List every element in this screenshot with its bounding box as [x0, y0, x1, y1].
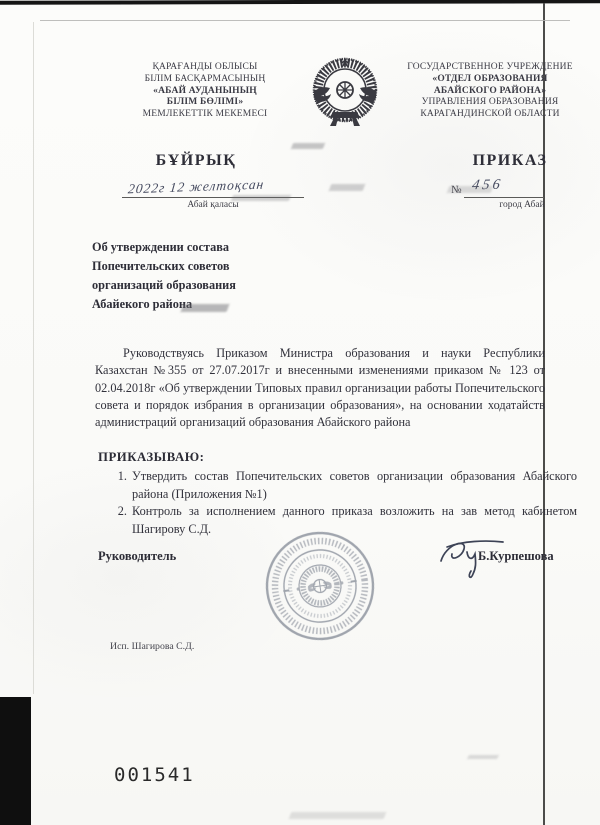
org-ru-line: ГОСУДАРСТВЕННОЕ УЧРЕЖДЕНИЕ — [388, 62, 592, 74]
kazakhstan-emblem-icon — [304, 50, 386, 132]
org-name-russian: ГОСУДАРСТВЕННОЕ УЧРЕЖДЕНИЕ «ОТДЕЛ ОБРАЗО… — [388, 62, 592, 121]
scan-edge-bottom-left — [0, 697, 31, 825]
subject-line: Об утверждении состава — [92, 238, 282, 257]
org-kk-line: ҚАРАҒАНДЫ ОБЛЫСЫ — [100, 62, 310, 74]
org-kk-line: БІЛІМ БӨЛІМІ» — [100, 97, 310, 109]
scan-artifact — [291, 143, 325, 149]
org-kk-line: БІЛІМ БАСҚАРМАСЫНЫҢ — [100, 74, 310, 86]
scanned-order-document: ҚАРАҒАНДЫ ОБЛЫСЫ БІЛІМ БАСҚАРМАСЫНЫҢ «АБ… — [0, 0, 600, 825]
order-heading-kazakh: БҰЙРЫҚ — [138, 152, 254, 170]
scan-artifact — [467, 755, 498, 759]
scan-artifact — [329, 184, 366, 191]
document-serial-number: 001541 — [114, 764, 195, 786]
org-ru-line: АБАЙСКОГО РАЙОНА» — [388, 86, 592, 98]
org-kk-line: «АБАЙ АУДАНЫНЫҢ — [100, 86, 310, 98]
executor-note: Исп. Шагирова С.Д. — [110, 641, 194, 652]
order-heading-russian: ПРИКАЗ — [462, 152, 558, 170]
org-ru-line: КАРАГАНДИНСКОЙ ОБЛАСТИ — [388, 109, 592, 121]
org-ru-line: УПРАВЛЕНИЯ ОБРАЗОВАНИЯ — [388, 97, 592, 109]
scan-artifact — [181, 304, 230, 312]
org-ru-line: «ОТДЕЛ ОБРАЗОВАНИЯ — [388, 74, 592, 86]
page-fold-line — [33, 22, 34, 694]
place-name-russian: город Абай — [492, 200, 552, 210]
order-item: Утвердить состав Попечительских советов … — [130, 468, 577, 503]
signatory-name: Б.Курпешова — [478, 549, 554, 564]
scan-edge-top — [0, 0, 600, 5]
signatory-position: Руководитель — [98, 549, 176, 564]
order-subject-title: Об утверждении состава Попечительских со… — [92, 238, 282, 314]
subject-line: Попечительских советов — [92, 257, 282, 276]
order-body-paragraph: Руководствуясь Приказом Министра образов… — [95, 345, 545, 431]
official-stamp-icon — [256, 522, 385, 651]
scan-artifact — [447, 186, 494, 193]
scan-artifact — [231, 195, 291, 201]
place-name-kazakh: Абай қаласы — [138, 200, 288, 210]
directive-word: ПРИКАЗЫВАЮ: — [98, 450, 204, 465]
org-name-kazakh: ҚАРАҒАНДЫ ОБЛЫСЫ БІЛІМ БАСҚАРМАСЫНЫҢ «АБ… — [100, 62, 310, 121]
number-underline — [464, 197, 544, 198]
subject-line: организаций образования — [92, 276, 282, 295]
letterhead-top-rule — [40, 20, 570, 21]
org-kk-line: МЕМЛЕКЕТТІК МЕКЕМЕСІ — [100, 109, 310, 121]
scan-artifact — [289, 812, 387, 819]
